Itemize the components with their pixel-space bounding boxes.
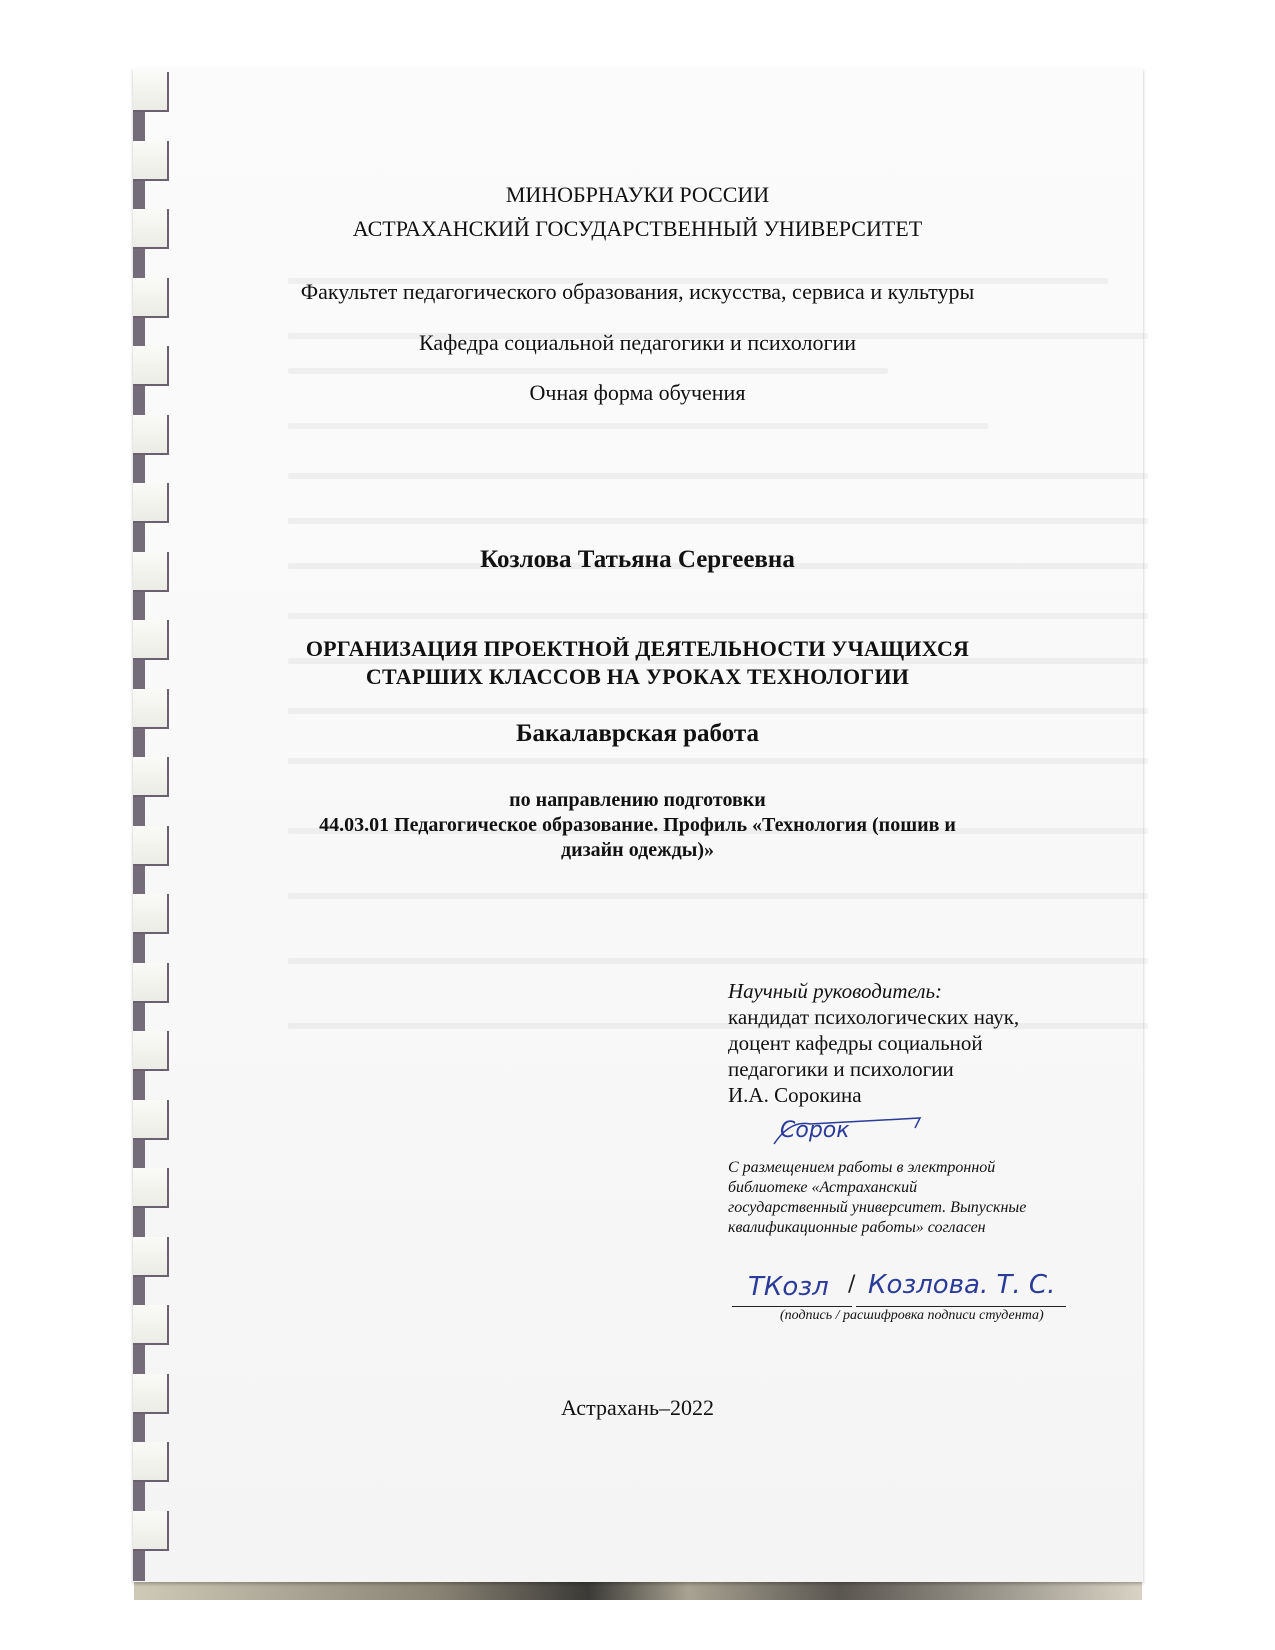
signature-caption: (подпись / расшифровка подписи студента)	[780, 1308, 1044, 1324]
binding-hole	[133, 1140, 145, 1170]
binding-coil	[133, 1511, 169, 1551]
ministry-heading: МИНОБРНАУКИ РОССИИ	[0, 182, 1275, 208]
consent-line-4: квалификационные работы» согласен	[728, 1218, 1026, 1238]
binding-coil	[133, 483, 169, 523]
direction-label: по направлению подготовки	[0, 789, 1275, 812]
work-type: Бакалаврская работа	[0, 720, 1275, 748]
binding-hole	[133, 592, 145, 622]
binding-hole	[133, 455, 145, 485]
binding-hole	[133, 1277, 145, 1307]
supervisor-signature-stroke	[770, 1110, 930, 1150]
bleed-through-line	[288, 613, 1148, 619]
binding-hole	[133, 1482, 145, 1512]
direction-line-1: 44.03.01 Педагогическое образование. Про…	[0, 814, 1275, 837]
binding-hole	[133, 1551, 145, 1581]
binding-coil	[133, 141, 169, 181]
signature-separator: /	[848, 1272, 855, 1297]
binding-hole	[133, 1071, 145, 1101]
consent-line-3: государственный университет. Выпускные	[728, 1198, 1026, 1218]
consent-statement: С размещением работы в электронной библи…	[728, 1158, 1026, 1238]
binding-coil	[133, 415, 169, 455]
bleed-through-line	[288, 518, 1148, 524]
binding-hole	[133, 1003, 145, 1033]
binding-coil	[133, 1031, 169, 1071]
binding-hole	[133, 112, 145, 142]
binding-coil	[133, 963, 169, 1003]
name-line	[856, 1306, 1066, 1307]
bleed-through-line	[288, 368, 888, 374]
department-name: Кафедра социальной педагогики и психолог…	[0, 330, 1275, 356]
supervisor-block: Научный руководитель: кандидат психологи…	[728, 978, 1019, 1108]
binding-hole	[133, 1208, 145, 1238]
city-year: Астрахань–2022	[0, 1395, 1275, 1421]
supervisor-department: педагогики и психологии	[728, 1056, 1019, 1082]
direction-line-2: дизайн одежды)»	[0, 839, 1275, 862]
author-name: Козлова Татьяна Сергеевна	[0, 546, 1275, 574]
bleed-through-line	[288, 958, 1148, 964]
binding-coil	[133, 1305, 169, 1345]
supervisor-label: Научный руководитель:	[728, 978, 1019, 1004]
signature-line	[732, 1306, 852, 1307]
bleed-through-line	[288, 758, 1148, 764]
bleed-through-line	[288, 473, 1148, 479]
binding-hole	[133, 249, 145, 279]
consent-line-1: С размещением работы в электронной	[728, 1158, 1026, 1178]
supervisor-name: И.А. Сорокина	[728, 1082, 1019, 1108]
student-signature: ТКозл	[748, 1272, 829, 1302]
binding-hole	[133, 1345, 145, 1375]
binding-coil	[133, 1168, 169, 1208]
binding-coil	[133, 1237, 169, 1277]
bleed-through-line	[288, 893, 1148, 899]
university-name: АСТРАХАНСКИЙ ГОСУДАРСТВЕННЫЙ УНИВЕРСИТЕТ	[0, 216, 1275, 242]
thesis-title-line-1: ОРГАНИЗАЦИЯ ПРОЕКТНОЙ ДЕЯТЕЛЬНОСТИ УЧАЩИ…	[0, 636, 1275, 662]
binding-hole	[133, 866, 145, 896]
binding-coil	[133, 72, 169, 112]
study-form: Очная форма обучения	[0, 380, 1275, 406]
thesis-title-line-2: СТАРШИХ КЛАССОВ НА УРОКАХ ТЕХНОЛОГИИ	[0, 664, 1275, 690]
binding-coil	[133, 1100, 169, 1140]
binding-coil	[133, 1442, 169, 1482]
student-handwritten-name: Козлова. Т. С.	[868, 1270, 1055, 1300]
faculty-name: Факультет педагогического образования, и…	[0, 279, 1275, 305]
supervisor-degree: кандидат психологических наук,	[728, 1004, 1019, 1030]
binding-coil	[133, 894, 169, 934]
bleed-through-line	[288, 423, 988, 429]
bleed-through-line	[288, 708, 1148, 714]
supervisor-position: доцент кафедры социальной	[728, 1030, 1019, 1056]
consent-line-2: библиотеке «Астраханский	[728, 1178, 1026, 1198]
binding-hole	[133, 934, 145, 964]
